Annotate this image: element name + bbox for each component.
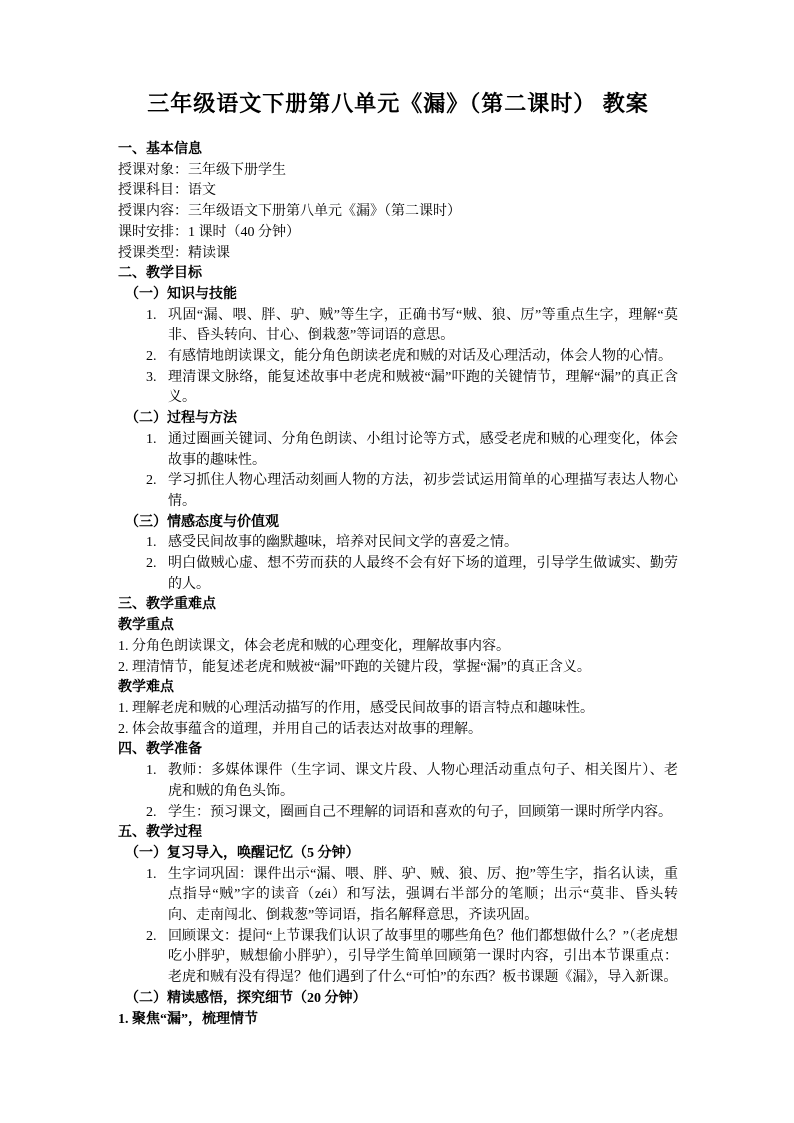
item-text: 生字词巩固：课件出示“漏、喂、胖、驴、贼、狼、厉、抱”等生字，指名认读，重点指导… [168,867,678,923]
numbered-item: 1. 通过圈画关键词、分角色朗读、小组讨论等方式，感受老虎和贼的心理变化，体会故… [118,430,678,471]
item-number: 2. [146,554,157,575]
item-number: 1. [146,761,157,782]
item-text: 回顾课文：提问“上节课我们认识了故事里的哪些角色？他们都想做什么？”（老虎想吃小… [168,929,678,985]
item-number: 1. [146,430,157,451]
numbered-item: 2. 学习抓住人物心理活动刻画人物的方法，初步尝试运用简单的心理描写表达人物心情… [118,471,678,512]
field-schedule: 课时安排：1 课时（40 分钟） [118,223,678,244]
field-subject: 授课科目：语文 [118,181,678,202]
numbered-item: 1. 生字词巩固：课件出示“漏、喂、胖、驴、贼、狼、厉、抱”等生字，指名认读，重… [118,865,678,927]
item-number: 1. [146,306,157,327]
field-content: 授课内容：三年级语文下册第八单元《漏》（第二课时） [118,202,678,223]
numbered-item: 1. 巩固“漏、喂、胖、驴、贼”等生字，正确书写“贼、狼、厉”等重点生字，理解“… [118,306,678,347]
numbered-item: 2. 明白做贼心虚、想不劳而获的人最终不会有好下场的道理，引导学生做诚实、勤劳的… [118,554,678,595]
item-text: 明白做贼心虚、想不劳而获的人最终不会有好下场的道理，引导学生做诚实、勤劳的人。 [168,556,678,592]
item-number: 2. [146,803,157,824]
numbered-item: 1. 感受民间故事的幽默趣味，培养对民间文学的喜爱之情。 [118,533,678,554]
item-text: 有感情地朗读课文，能分角色朗读老虎和贼的对话及心理活动，体会人物的心情。 [168,349,672,364]
subsection-review-intro: （一）复习导入，唤醒记忆（5 分钟） [118,844,678,865]
item-text: 学习抓住人物心理活动刻画人物的方法，初步尝试运用简单的心理描写表达人物心情。 [168,473,678,509]
numbered-item: 2. 回顾课文：提问“上节课我们认识了故事里的哪些角色？他们都想做什么？”（老虎… [118,927,678,989]
section-heading-basic-info: 一、基本信息 [118,140,678,161]
item-text: 理清课文脉络，能复述故事中老虎和贼被“漏”吓跑的关键情节，理解“漏”的真正含义。 [168,370,678,406]
item-text: 学生：预习课文，圈画自己不理解的词语和喜欢的句子，回顾第一课时所学内容。 [168,805,672,820]
numbered-item: 2. 有感情地朗读课文，能分角色朗读老虎和贼的对话及心理活动，体会人物的心情。 [118,347,678,368]
item-text: 感受民间故事的幽默趣味，培养对民间文学的喜爱之情。 [168,535,518,550]
item-number: 1. [146,533,157,554]
subheading-teaching-focus: 教学重点 [118,616,678,637]
paragraph-line: 2. 理清情节，能复述老虎和贼被“漏”吓跑的关键片段，掌握“漏”的真正含义。 [118,658,678,679]
section-heading-process: 五、教学过程 [118,823,678,844]
item-number: 1. [146,865,157,886]
section-heading-key-points: 三、教学重难点 [118,595,678,616]
document-title: 三年级语文下册第八单元《漏》（第二课时） 教案 [118,88,678,120]
item-number: 2. [146,347,157,368]
numbered-item: 1. 教师：多媒体课件（生字词、课文片段、人物心理活动重点句子、相关图片）、老虎… [118,761,678,802]
paragraph-line: 2. 体会故事蕴含的道理，并用自己的话表达对故事的理解。 [118,720,678,741]
item-number: 2. [146,471,157,492]
item-number: 3. [146,368,157,389]
subsection-close-reading: （二）精读感悟，探究细节（20 分钟） [118,989,678,1010]
item-number: 2. [146,927,157,948]
subheading-focus-on-lou: 1. 聚焦“漏”，梳理情节 [118,1010,678,1031]
item-text: 通过圈画关键词、分角色朗读、小组讨论等方式，感受老虎和贼的心理变化，体会故事的趣… [168,432,678,468]
field-lesson-type: 授课类型：精读课 [118,244,678,265]
subsection-emotion-values: （三）情感态度与价值观 [118,513,678,534]
numbered-item: 3. 理清课文脉络，能复述故事中老虎和贼被“漏”吓跑的关键情节，理解“漏”的真正… [118,368,678,409]
field-audience: 授课对象：三年级下册学生 [118,161,678,182]
section-heading-preparation: 四、教学准备 [118,740,678,761]
subsection-process-method: （二）过程与方法 [118,409,678,430]
item-text: 教师：多媒体课件（生字词、课文片段、人物心理活动重点句子、相关图片）、老虎和贼的… [168,763,678,799]
item-text: 巩固“漏、喂、胖、驴、贼”等生字，正确书写“贼、狼、厉”等重点生字，理解“莫非、… [168,308,678,344]
subsection-knowledge-skills: （一）知识与技能 [118,285,678,306]
document-page: 三年级语文下册第八单元《漏》（第二课时） 教案 一、基本信息 授课对象：三年级下… [0,0,794,1123]
subheading-teaching-difficulty: 教学难点 [118,678,678,699]
numbered-item: 2. 学生：预习课文，圈画自己不理解的词语和喜欢的句子，回顾第一课时所学内容。 [118,803,678,824]
section-heading-objectives: 二、教学目标 [118,264,678,285]
paragraph-line: 1. 理解老虎和贼的心理活动描写的作用，感受民间故事的语言特点和趣味性。 [118,699,678,720]
paragraph-line: 1. 分角色朗读课文，体会老虎和贼的心理变化，理解故事内容。 [118,637,678,658]
